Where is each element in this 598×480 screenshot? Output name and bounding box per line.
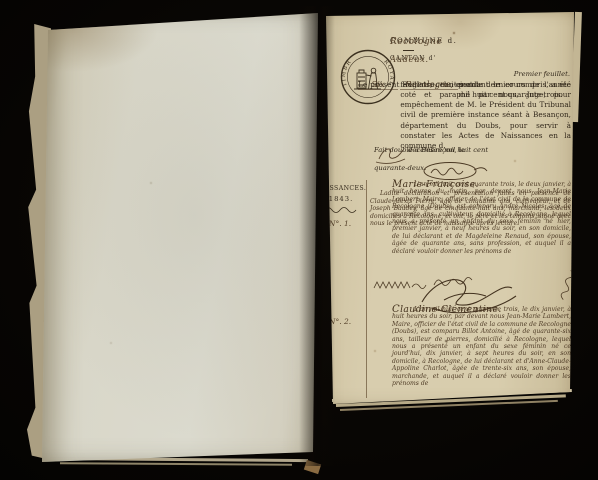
register-title-page: TIMBRE ROYAL COMMUNE d. Recologne CANTON… (314, 10, 580, 410)
margin-ornament (322, 205, 360, 214)
paper-shading (40, 12, 320, 464)
entry-2-number: N°. 2. (318, 317, 362, 326)
canton-handwritten: Audeux. (390, 55, 429, 65)
foxing-spots (314, 10, 316, 12)
entry-2-text: L'an mil huit cent quarante trois, le di… (370, 306, 571, 314)
commune-handwritten: Recologne (390, 37, 442, 47)
cert-text: pendant le cours de l'année mil huit cen… (458, 80, 571, 100)
birth-record-entry-1: L'an mil huit cent quarante trois, le de… (370, 181, 571, 227)
margin-naissances-title: NAISSANCES. (316, 185, 366, 192)
entry-1-text: L'an mil huit cent quarante trois, le de… (370, 181, 571, 189)
seal-word-left: TIMBRE (335, 43, 353, 87)
page-stack-edge (60, 462, 292, 466)
margin-year: 1843. (316, 195, 366, 203)
header-dash (403, 50, 414, 51)
register-book-scan: TIMBRE ROYAL COMMUNE d. Recologne CANTON… (0, 0, 598, 480)
birth-record-entry-2: L'an mil huit cent quarante trois, le di… (370, 306, 571, 314)
paper-specks (40, 12, 42, 14)
entry-2-body: L'an mil huit cent quarante trois, le di… (392, 306, 571, 387)
entry-1-body: L'an mil huit cent quarante trois, le de… (392, 181, 571, 255)
svg-text:TIMBRE: TIMBRE (335, 43, 353, 87)
binding-wedge (304, 460, 321, 474)
fait-text: décembre mil huit cent (408, 146, 488, 156)
entry-1-number: N°. 1. (318, 219, 362, 228)
timbre-royal-seal-icon: TIMBRE ROYAL (338, 47, 398, 107)
margin-rule (366, 180, 367, 398)
certification-paragraph: Le présent Registre, contenant Six feuil… (358, 80, 571, 90)
blank-left-page (40, 12, 320, 464)
premier-feuillet-note: Premier feuillet. (464, 70, 570, 78)
